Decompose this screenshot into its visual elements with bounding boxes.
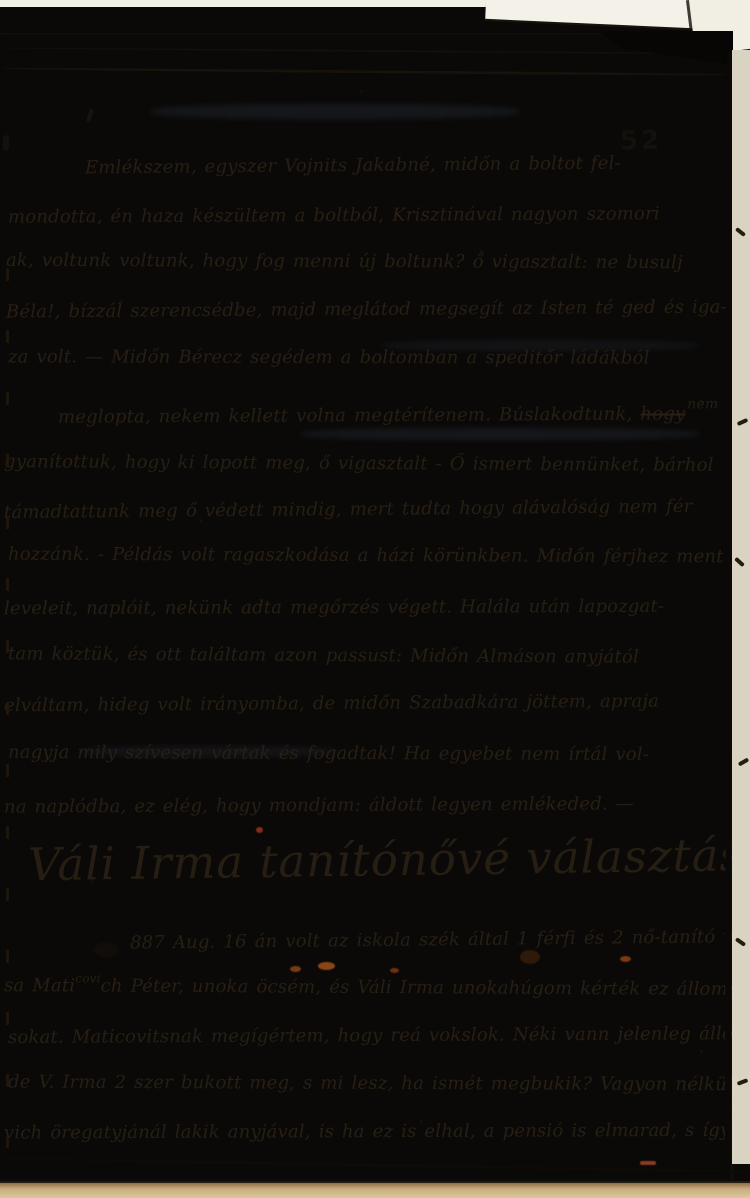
section-heading: Váli Irma tanítónővé választása. [28, 828, 750, 892]
manuscript-line: gyanítottuk, hogy ki lopott meg, ő vigas… [4, 451, 714, 476]
inserted-word: nem [687, 396, 718, 412]
line-text: sa Mati [4, 975, 75, 996]
adjacent-page-sliver [732, 50, 750, 1164]
manuscript-line: na naplódba, ez elég, hogy mondjam: áldo… [4, 793, 634, 817]
adjacent-page-writing-fragment [737, 1078, 749, 1086]
adjacent-page-writing-fragment [737, 418, 749, 426]
manuscript-page: 52 Emlékszem, egyszer Vojnits Jakabné, m… [0, 33, 733, 1180]
page-stack-edge [0, 67, 731, 76]
manuscript-line: Emlékszem, egyszer Vojnits Jakabné, midő… [85, 153, 621, 179]
line-text: meglopta, nekem kellett volna megtéríten… [58, 404, 641, 428]
stray-pen-mark [86, 109, 94, 123]
adjacent-page-writing-fragment [734, 557, 745, 567]
manuscript-line: de V. Irma 2 szer bukott meg, s mi lesz,… [8, 1072, 750, 1096]
rust-stain [390, 968, 399, 973]
manuscript-line: tam köztük, és ott találtam azon passust… [8, 643, 639, 667]
rust-stain [290, 966, 301, 972]
sheet-above-corner [485, 0, 715, 29]
line-text: ch Péter, unoka öcsém, és Váli Irma unok… [101, 976, 746, 1000]
manuscript-line: Béla!, bízzál szerencsédbe, majd megláto… [6, 296, 727, 322]
manuscript-line: támadtattunk meg ő védett mindig, mert t… [4, 496, 693, 523]
manuscript-line: za volt. — Midőn Bérecz segédem a boltom… [8, 346, 650, 368]
manuscript-line-with-insertion: sa Maticovich Péter, unoka öcsém, és Vál… [4, 975, 745, 1000]
bleed-through-smudge [150, 104, 520, 119]
manuscript-line: vich öregatyjánál lakik anyjával, is ha … [4, 1120, 750, 1144]
red-ink-mark [640, 1161, 656, 1165]
rust-stain [318, 962, 335, 970]
manuscript-line: ak, voltunk voltunk, hogy fog menni új b… [6, 250, 683, 273]
adjacent-page-writing-fragment [735, 937, 746, 947]
struck-word: hogy [640, 403, 685, 424]
adjacent-page-writing-fragment [735, 227, 746, 237]
manuscript-scan: 52 Emlékszem, egyszer Vojnits Jakabné, m… [0, 0, 750, 1198]
manuscript-line: 887 Aug. 16 án volt az iskola szék által… [130, 925, 750, 953]
paper-speck [360, 90, 363, 93]
page-number: 52 [620, 126, 663, 157]
stray-pen-mark [3, 135, 9, 151]
manuscript-line: sokat. Maticovitsnak megígértem, hogy re… [8, 1023, 750, 1048]
manuscript-line-with-correction: meglopta, nekem kellett volna megtéríten… [58, 403, 719, 427]
manuscript-line: leveleit, naplóit, nekünk adta megőrzés … [4, 596, 664, 619]
manuscript-line: elváltam, hideg volt irányomba, de midőn… [4, 691, 659, 717]
bleed-through-smudge [300, 428, 700, 440]
inserted-word: covi [75, 971, 100, 985]
sheet-below-edge [0, 1181, 750, 1198]
red-ink-dot [256, 827, 263, 833]
manuscript-line: hozzánk. - Példás volt ragaszkodása a há… [8, 544, 724, 567]
manuscript-line: nagyja mily szívesen vártak és fogadtak!… [8, 742, 649, 765]
adjacent-page-writing-fragment [738, 758, 750, 767]
manuscript-line: mondotta, én haza készültem a boltból, K… [8, 203, 660, 227]
binding-margin-rule [6, 268, 9, 1148]
page-corner-shadow [598, 31, 733, 65]
ink-stain [520, 950, 540, 964]
ink-blot [94, 942, 119, 958]
page-stack-edge [0, 47, 724, 55]
rust-stain [620, 956, 631, 962]
paper-speck [700, 1050, 703, 1053]
